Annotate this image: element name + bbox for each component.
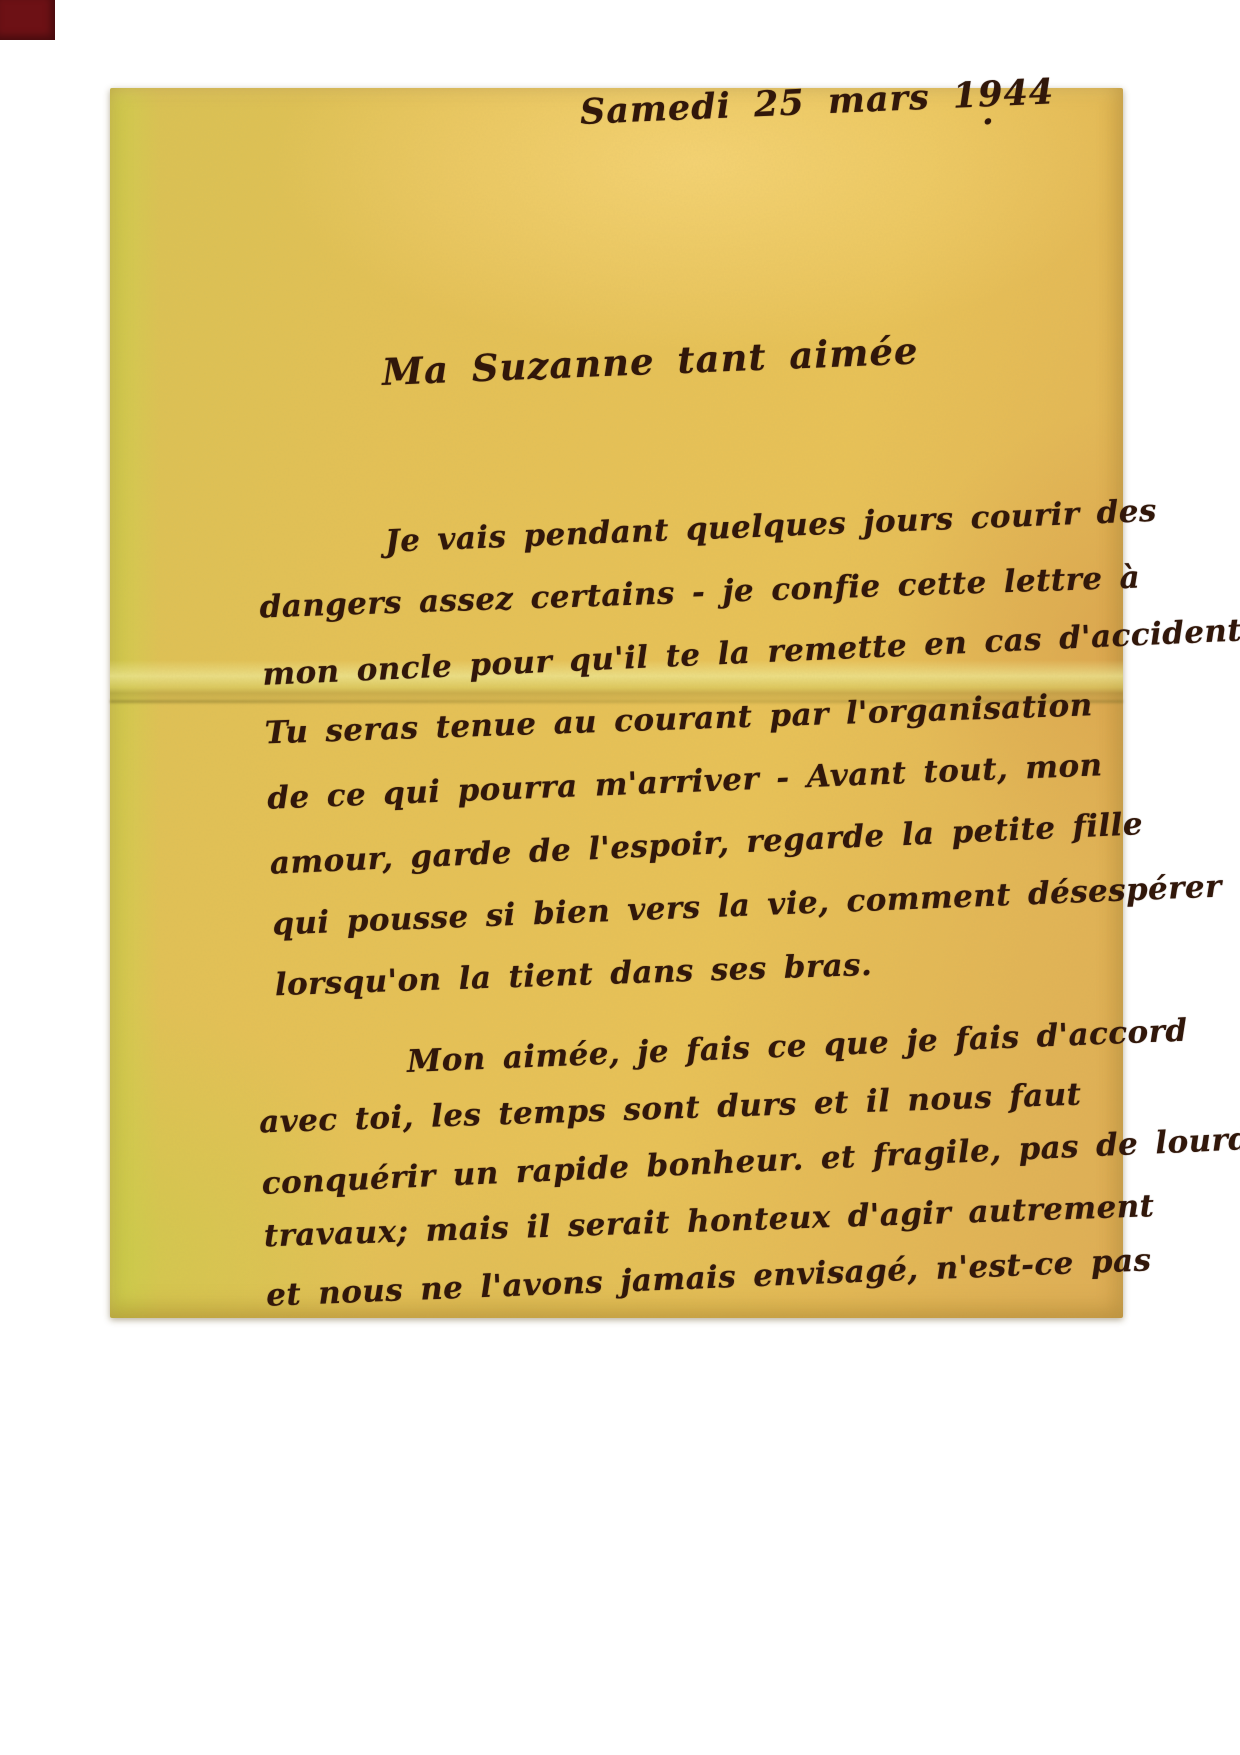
letter-paragraph-1: Je vais pendant quelques jours courir de… — [256, 484, 1066, 1019]
ink-dot: · — [982, 102, 994, 142]
letter-date: Samedi 25 mars 1944 — [579, 73, 1010, 133]
letter-paper: Samedi 25 mars 1944 · Ma Suzanne tant ai… — [110, 88, 1123, 1318]
letter-salutation: Ma Suzanne tant aimée — [381, 328, 942, 394]
scan-corner-mark — [0, 0, 55, 40]
letter-paragraph-2: Mon aimée, je fais ce que je fais d'acco… — [256, 1008, 1057, 1324]
handwriting-layer: Samedi 25 mars 1944 · Ma Suzanne tant ai… — [110, 88, 1123, 1318]
